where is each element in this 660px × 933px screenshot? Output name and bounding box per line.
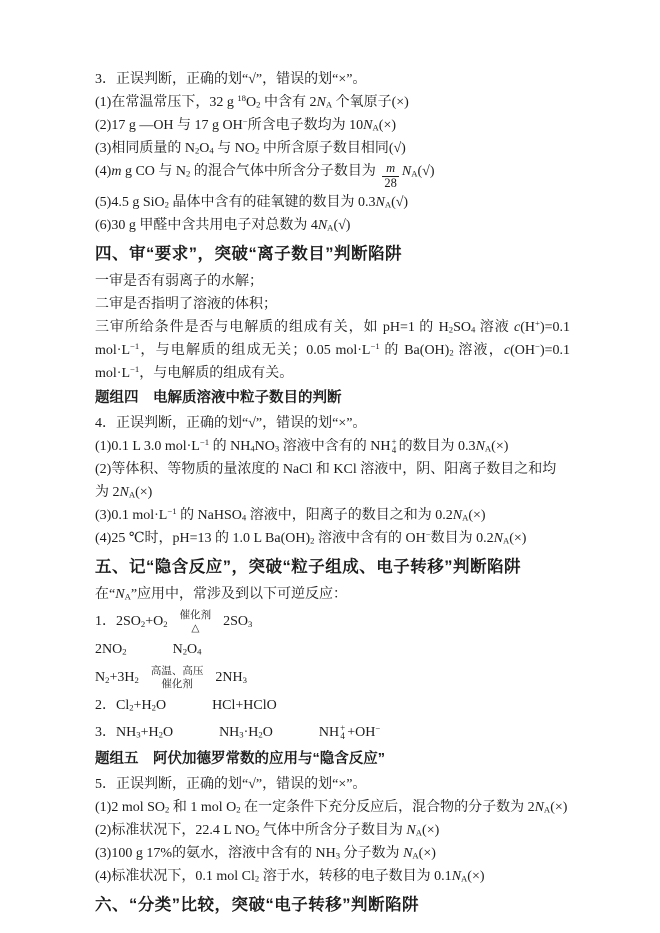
q3-item-4: (4)m g CO 与 N2 的混合气体中所含分子数目为 m28NA(√) — [95, 160, 570, 191]
check-2-line: 二审是否指明了溶液的体积； — [95, 293, 570, 316]
check-1-line: 一审是否有弱离子的水解； — [95, 270, 570, 293]
q3-item-5: (5)4.5 g SiO2 晶体中含有的硅氧键的数目为 0.3NA(√) — [95, 191, 570, 214]
topic-group-5-heading: 题组五 阿伏加德罗常数的应用与“隐含反应” — [95, 748, 570, 771]
topic-group-4-heading: 题组四 电解质溶液中粒子数目的判断 — [95, 387, 570, 410]
q3-item-3: (3)相同质量的 N2O4 与 NO2 中所含原子数目相同(√) — [95, 137, 570, 160]
q3-item-2: (2)17 g —OH 与 17 g OH−所含电子数均为 10NA(×) — [95, 114, 570, 137]
q5-item-3: (3)100 g 17%的氨水，溶液中含有的 NH3 分子数为 NA(×) — [95, 842, 570, 865]
reaction-nh3-h2o: 3．NH3+H2ONH3·H2ONH+4+OH− — [95, 721, 570, 745]
q5-item-4: (4)标准状况下，0.1 mol Cl2 溶于水，转移的电子数目为 0.1NA(… — [95, 865, 570, 888]
reaction-cl2-h2o: 2．Cl2+H2OHCl+HClO — [95, 694, 570, 718]
q3-item-1: (1)在常温常压下，32 g 18O2 中含有 2NA 个氧原子(×) — [95, 91, 570, 114]
reaction-no2-n2o4: 2NO2N2O4 — [95, 638, 570, 662]
q4-item-2: (2)等体积、等物质的量浓度的 NaCl 和 KCl 溶液中，阴、阳离子数目之和… — [95, 458, 570, 504]
q5-item-1: (1)2 mol SO2 和 1 mol O2 在一定条件下充分反应后，混合物的… — [95, 796, 570, 819]
section-5-heading: 五、记“隐含反应”，突破“粒子组成、电子转移”判断陷阱 — [95, 555, 570, 580]
q4-item-4: (4)25 ℃时，pH=13 的 1.0 L Ba(OH)2 溶液中含有的 OH… — [95, 527, 570, 550]
q4-item-3: (3)0.1 mol·L−1 的 NaHSO4 溶液中，阳离子的数目之和为 0.… — [95, 504, 570, 527]
document-page: 3．正误判断，正确的划“√”，错误的划“×”。 (1)在常温常压下，32 g 1… — [0, 0, 660, 933]
q3-intro: 3．正误判断，正确的划“√”，错误的划“×”。 — [95, 68, 570, 91]
q4-intro: 4．正误判断，正确的划“√”，错误的划“×”。 — [95, 412, 570, 435]
q5-item-2: (2)标准状况下，22.4 L NO2 气体中所含分子数目为 NA(×) — [95, 819, 570, 842]
section-4-heading: 四、审“要求”，突破“离子数目”判断陷阱 — [95, 242, 570, 267]
q5-intro: 5．正误判断，正确的划“√”，错误的划“×”。 — [95, 773, 570, 796]
q4-item-1: (1)0.1 L 3.0 mol·L−1 的 NH4NO3 溶液中含有的 NH+… — [95, 435, 570, 458]
q3-item-6: (6)30 g 甲醛中含共用电子对总数为 4NA(√) — [95, 214, 570, 237]
section-5-lead: 在“NA”应用中，常涉及到以下可逆反应： — [95, 583, 570, 606]
reaction-n2-h2: N2+3H2高温、高压催化剂2NH3 — [95, 665, 570, 691]
check-3-line: 三审所给条件是否与电解质的组成有关，如 pH=1 的 H2SO4 溶液 c(H+… — [95, 316, 570, 385]
reaction-so2-o2: 1．2SO2+O2催化剂△2SO3 — [95, 609, 570, 635]
section-6-heading: 六、“分类”比较，突破“电子转移”判断陷阱 — [95, 893, 570, 918]
